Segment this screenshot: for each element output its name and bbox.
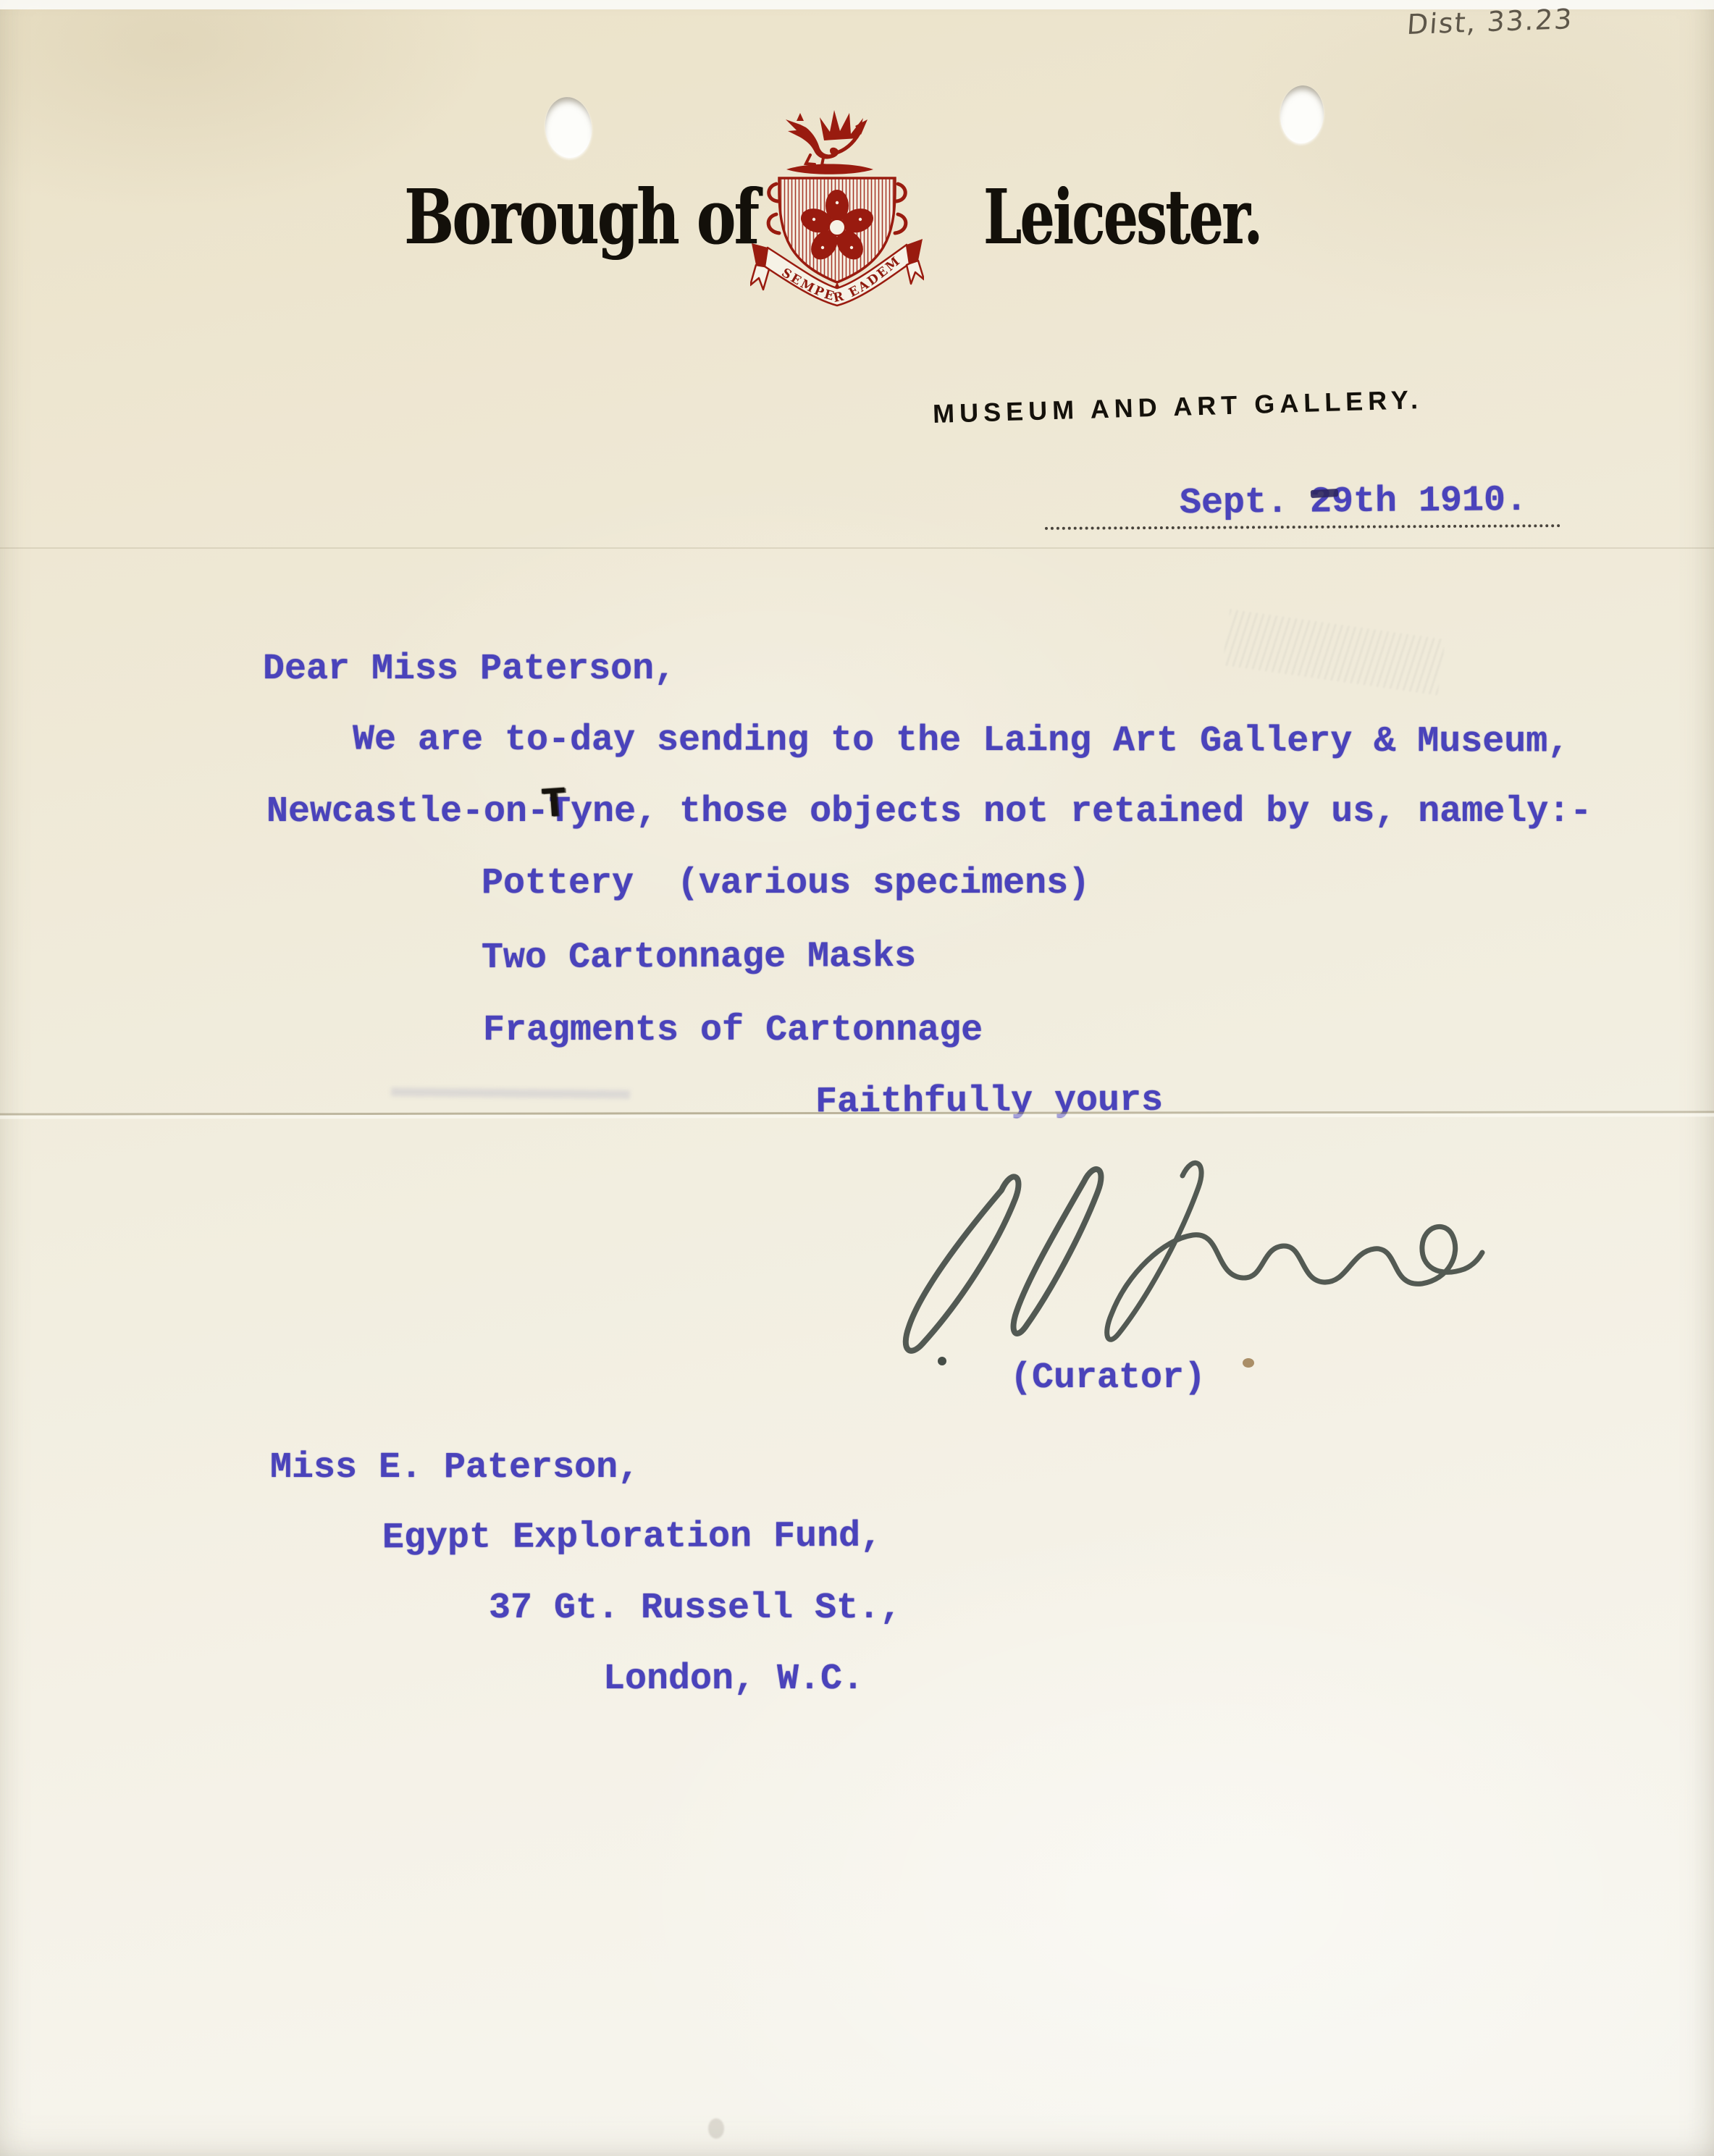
- date-dotted-line: [1045, 524, 1560, 530]
- signer-title: (Curator): [1010, 1358, 1206, 1398]
- list-item-pottery: Pottery (various specimens): [482, 864, 1090, 904]
- list-item-masks: Two Cartonnage Masks: [482, 937, 916, 978]
- date-overtype-mark: [1311, 489, 1339, 498]
- punch-hole-right: [1278, 84, 1325, 145]
- archival-annotation: Dist, 33.23: [1406, 3, 1574, 41]
- ink-offset-stain: [1222, 610, 1445, 696]
- letterhead-title-left: Borough of: [404, 172, 757, 261]
- letter-paper: Dist, 33.23 Borough of Leicester.: [0, 0, 1714, 2156]
- recipient-street: 37 Gt. Russell St.,: [489, 1588, 902, 1628]
- fold-crease-main: [0, 1111, 1714, 1115]
- punch-hole-left: [542, 95, 595, 160]
- paper-speck: [1243, 1358, 1254, 1368]
- body-line-1: We are to-day sending to the Laing Art G…: [353, 720, 1569, 762]
- pencil-smudge: [391, 1087, 630, 1098]
- body-line-2: Newcastle-on-Tyne, those objects not ret…: [266, 792, 1592, 832]
- date-text: Sept. 29th 1910.: [1180, 481, 1528, 523]
- signature: [851, 1153, 1488, 1377]
- crest-wyvern-icon: [786, 110, 873, 174]
- recipient-name: Miss E. Paterson,: [270, 1448, 639, 1488]
- recipient-city: London, W.C.: [603, 1659, 864, 1699]
- bottom-smudge: [708, 2118, 724, 2139]
- list-item-fragments: Fragments of Cartonnage: [483, 1011, 983, 1050]
- borough-crest-icon: SEMPER EADEM: [750, 109, 924, 319]
- department-title: MUSEUM AND ART GALLERY.: [933, 384, 1424, 429]
- fold-crease-upper: [0, 547, 1714, 549]
- letterhead-title-right: Leicester.: [983, 172, 1261, 261]
- salutation: Dear Miss Paterson,: [263, 649, 676, 689]
- overtype-correction-mark: T: [540, 781, 568, 830]
- recipient-org: Egypt Exploration Fund,: [382, 1517, 882, 1558]
